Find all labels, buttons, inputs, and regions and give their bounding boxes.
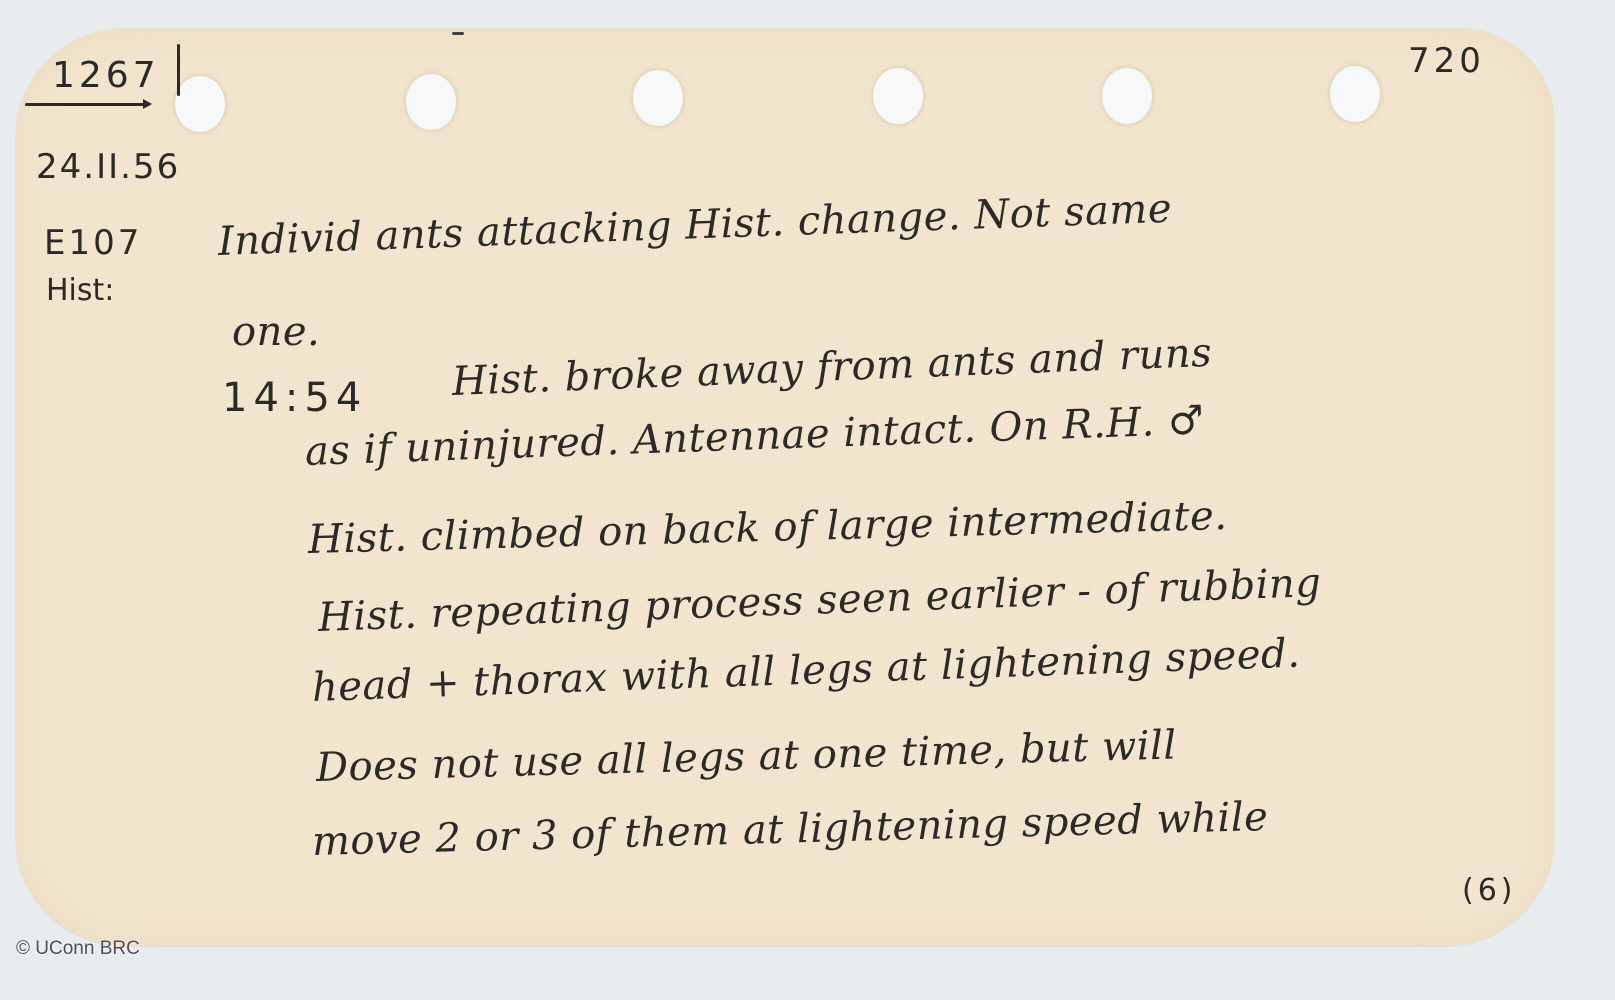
note-timestamp: 14:54: [222, 378, 367, 418]
card-number-underline-arrow: [25, 103, 150, 106]
scanned-card-image: 1267 720 24.II.56 E107 Hist: Individ ant…: [0, 0, 1615, 1000]
punch-hole: [406, 74, 456, 130]
date-note: 24.II.56: [36, 150, 180, 184]
specimen-code: E107: [44, 226, 142, 260]
punch-hole: [175, 76, 225, 132]
page-number: 720: [1408, 44, 1485, 78]
subject-abbrev: Hist:: [46, 276, 114, 306]
ink-dash-mark: [452, 32, 464, 35]
card-number: 1267: [52, 58, 160, 94]
punch-hole: [1102, 68, 1152, 124]
punch-hole: [633, 70, 683, 126]
ink-vertical-bar: [177, 44, 180, 96]
punch-hole: [873, 68, 923, 124]
punch-hole: [1330, 66, 1380, 122]
note-line-2: one.: [232, 312, 320, 352]
page-marker: (6): [1462, 876, 1517, 906]
copyright-watermark: © UConn BRC: [16, 938, 140, 960]
